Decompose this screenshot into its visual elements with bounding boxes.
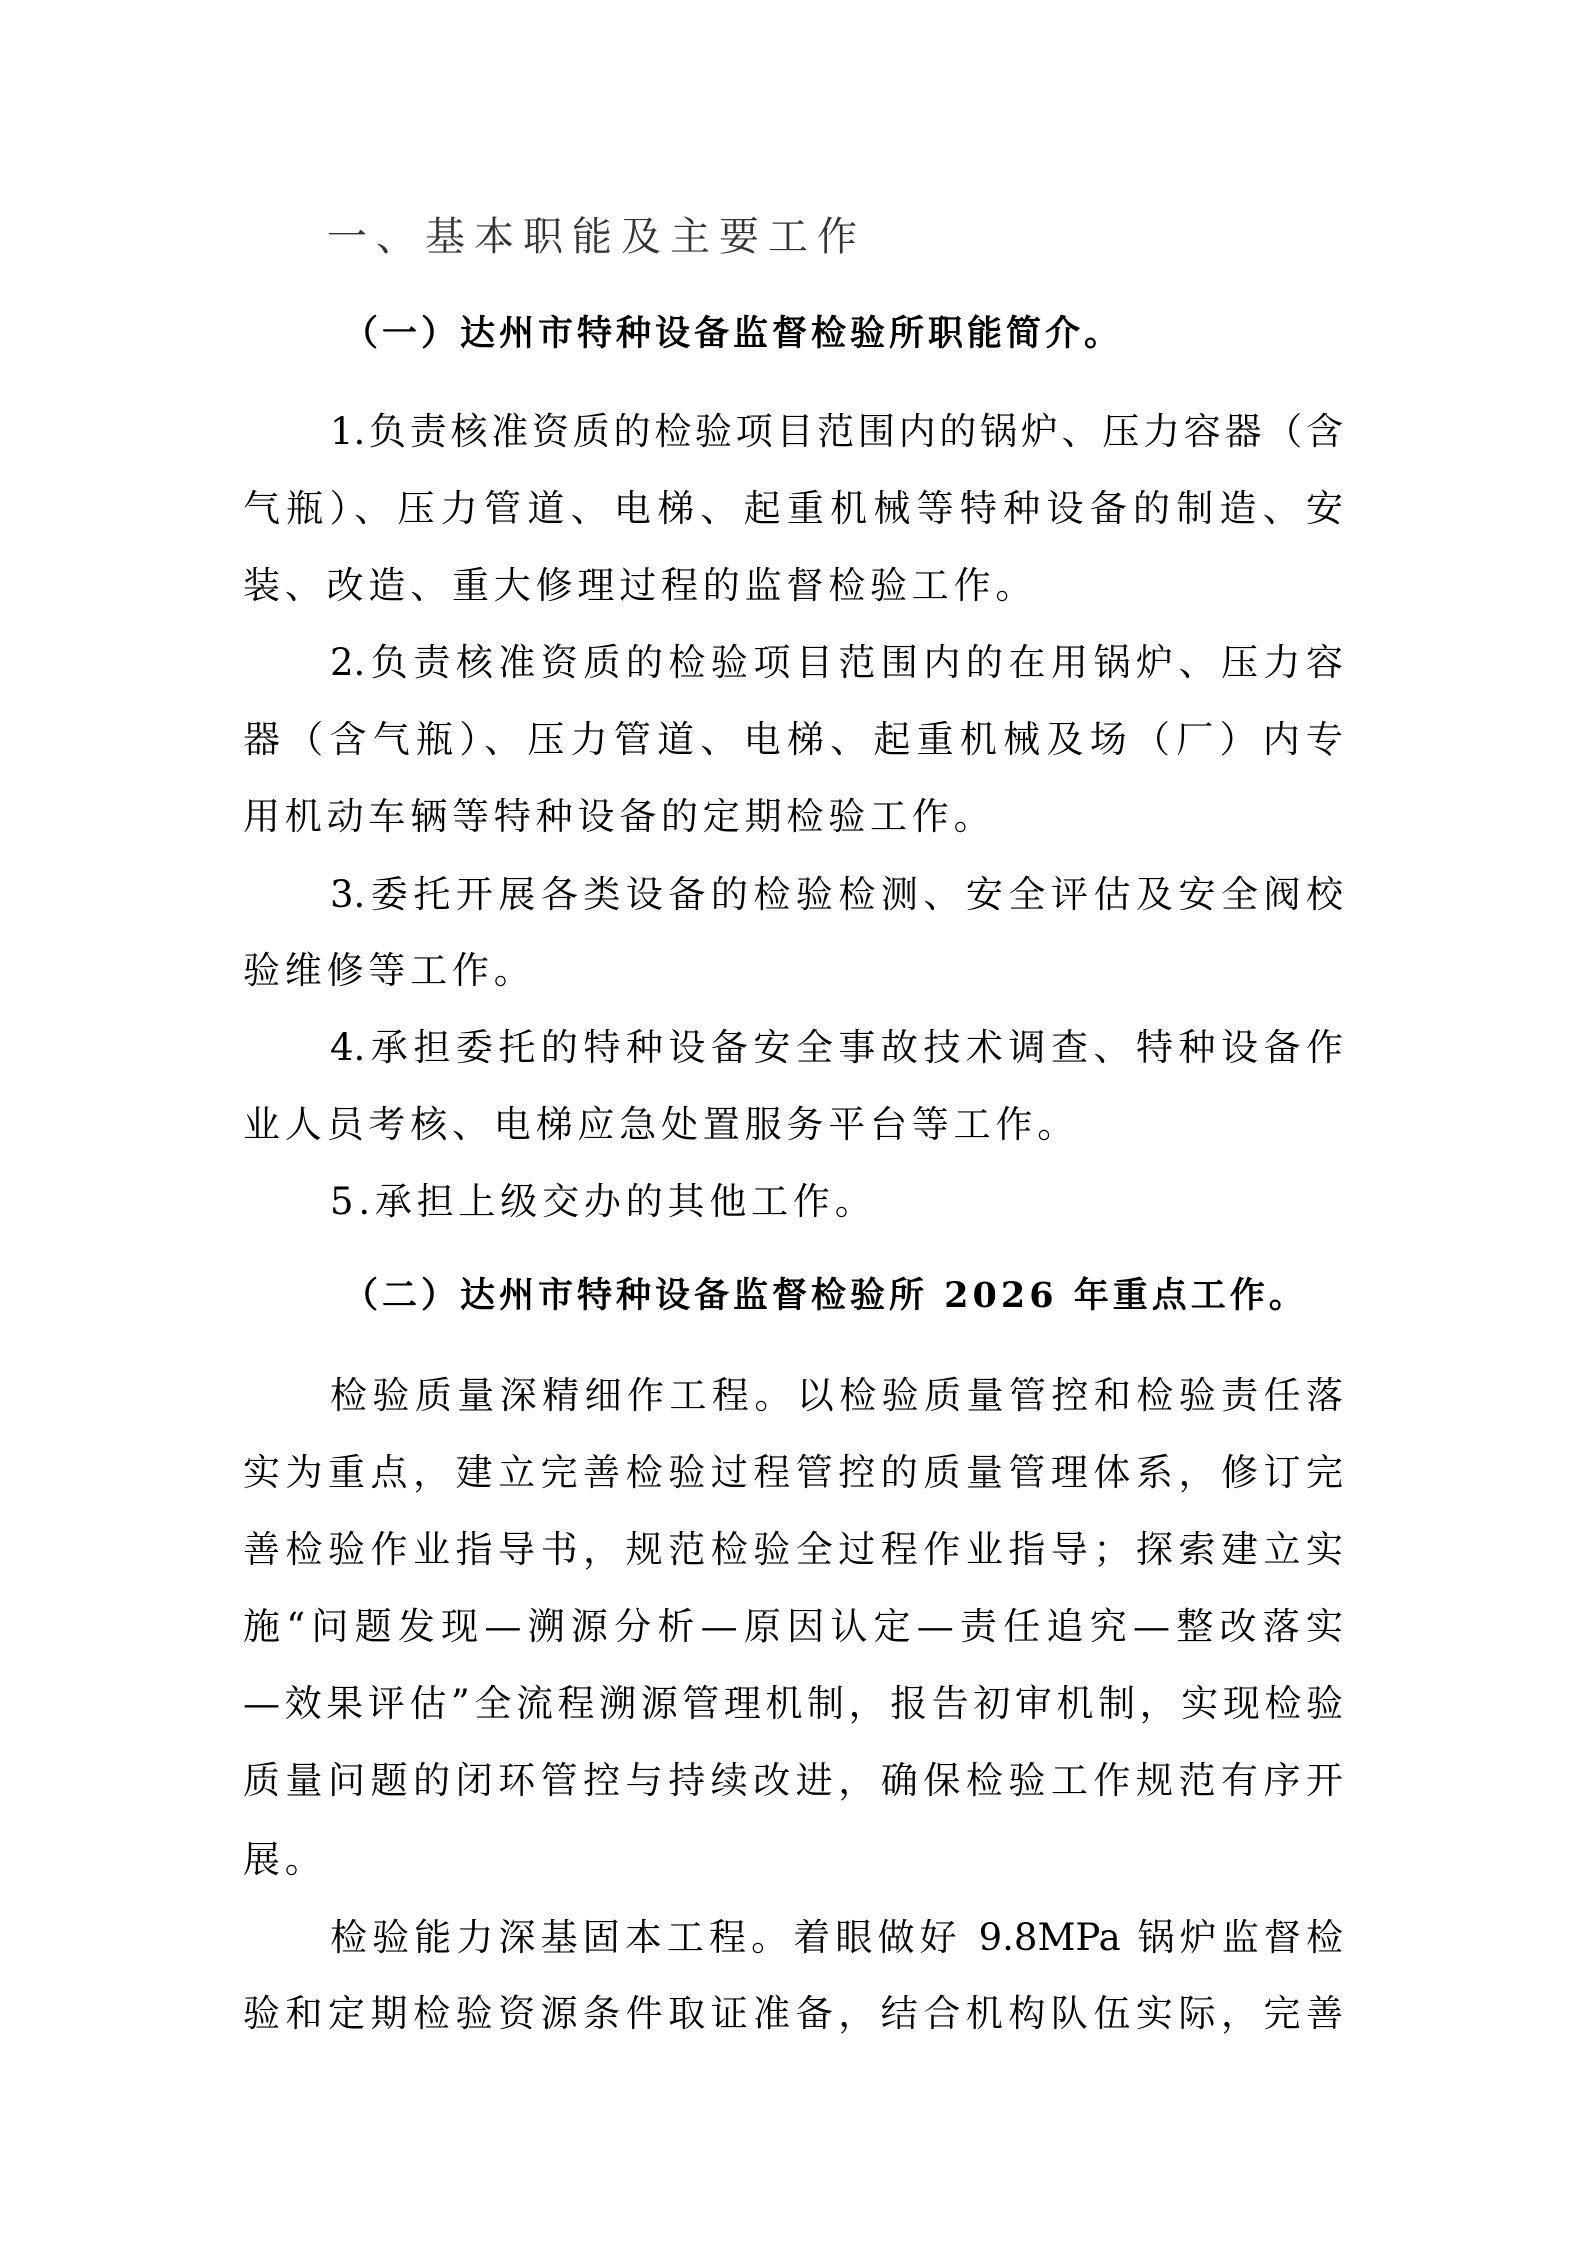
item-2-line-3: 用机动车辆等特种设备的定期检验工作。 (243, 795, 995, 839)
item-2-line-1: 2.负责核准资质的检验项目范围内的在用锅炉、压力容 (330, 641, 1343, 685)
item-3-line-2: 验维修等工作。 (243, 949, 536, 993)
para-1-line-2: 实为重点，建立完善检验过程管控的质量管理体系，修订完 (243, 1451, 1343, 1495)
item-1-line-1: 1.负责核准资质的检验项目范围内的锅炉、压力容器（含 (330, 410, 1343, 454)
subsection-2-title: （二）达州市特种设备监督检验所 2026 年重点工作。 (343, 1275, 1308, 1317)
para-1-line-1: 检验质量深精细作工程。以检验质量管控和检验责任落 (330, 1374, 1343, 1418)
item-1-line-2: 气瓶）、压力管道、电梯、起重机械等特种设备的制造、安 (243, 487, 1343, 531)
item-1-line-3: 装、改造、重大修理过程的监督检验工作。 (243, 564, 1037, 608)
item-4-line-2: 业人员考核、电梯应急处置服务平台等工作。 (243, 1103, 1079, 1147)
para-2-line-1: 检验能力深基固本工程。着眼做好 9.8MPa 锅炉监督检 (330, 1916, 1343, 1960)
para-1-line-4: 施“问题发现—溯源分析—原因认定—责任追究—整改落实 (243, 1605, 1343, 1649)
para-1-line-6: 质量问题的闭环管控与持续改进，确保检验工作规范有序开 (243, 1759, 1343, 1803)
item-2-line-2: 器（含气瓶）、压力管道、电梯、起重机械及场（厂）内专 (243, 718, 1343, 762)
section-heading: 一、基本职能及主要工作 (327, 214, 866, 260)
para-1-line-5: —效果评估”全流程溯源管理机制，报告初审机制，实现检验 (243, 1682, 1343, 1726)
para-2-line-2: 验和定期检验资源条件取证准备，结合机构队伍实际，完善 (243, 1992, 1343, 2036)
item-3-line-1: 3.委托开展各类设备的检验检测、安全评估及安全阀校 (330, 873, 1343, 917)
para-1-line-7: 展。 (243, 1838, 327, 1882)
document-page: 一、基本职能及主要工作 （一）达州市特种设备监督检验所职能简介。 1.负责核准资… (0, 0, 1587, 2245)
subsection-1-title: （一）达州市特种设备监督检验所职能简介。 (343, 313, 1123, 355)
para-1-line-3: 善检验作业指导书，规范检验全过程作业指导；探索建立实 (243, 1528, 1343, 1572)
item-5-line-1: 5.承担上级交办的其他工作。 (330, 1180, 877, 1224)
item-4-line-1: 4.承担委托的特种设备安全事故技术调查、特种设备作 (330, 1026, 1343, 1070)
